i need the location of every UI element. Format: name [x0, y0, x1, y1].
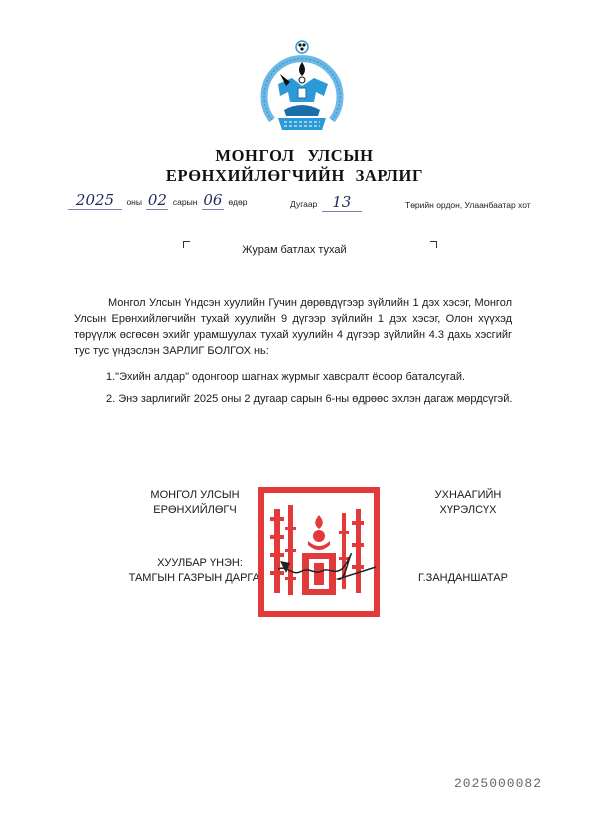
decree-number-label: Дугаар — [290, 199, 317, 209]
signatory-title-line1: МОНГОЛ УЛСЫН — [120, 488, 270, 503]
decree-item-2: 2. Энэ зарлигийг 2025 оны 2 дугаар сарын… — [106, 393, 512, 405]
signatory-title: МОНГОЛ УЛСЫН ЕРӨНХИЙЛӨГЧ — [120, 488, 270, 518]
decree-subject: Журам батлах тухай — [0, 244, 589, 256]
document-number: 2025000082 — [454, 776, 542, 791]
decree-body-paragraph: Монгол Улсын Үндсэн хуулийн Гучин дөрөвд… — [74, 295, 512, 359]
decree-number-value: 13 — [322, 193, 362, 212]
certification-line2: ТАМГЫН ГАЗРЫН ДАРГА — [100, 571, 260, 586]
issue-place: Төрийн ордон, Улаанбаатар хот — [405, 200, 531, 210]
signatory-name: УХНААГИЙН ХҮРЭЛСҮХ — [418, 488, 518, 518]
certification-block: ХУУЛБАР ҮНЭН: ТАМГЫН ГАЗРЫН ДАРГА — [100, 556, 260, 586]
date-month: 02 — [146, 191, 168, 210]
signatory-title-line2: ЕРӨНХИЙЛӨГЧ — [120, 503, 270, 518]
date-line: 2025 оны 02 сарын 06 өдөр — [68, 191, 247, 210]
signatory-name-line1: УХНААГИЙН — [418, 488, 518, 503]
date-year: 2025 — [68, 191, 122, 210]
date-day: 06 — [202, 191, 224, 210]
signatory-name-line2: ХҮРЭЛСҮХ — [418, 503, 518, 518]
decree-number-line: Дугаар 13 — [290, 193, 362, 212]
certification-line1: ХУУЛБАР ҮНЭН: — [100, 556, 260, 571]
state-emblem-icon — [258, 40, 346, 136]
date-month-suffix: сарын — [173, 197, 198, 207]
date-day-suffix: өдөр — [228, 197, 247, 207]
document-title-line1: МОНГОЛ УЛСЫН — [0, 146, 589, 166]
certifier-name: Г.ЗАНДАНШАТАР — [418, 571, 508, 586]
date-year-suffix: оны — [126, 197, 142, 207]
document-title-line2: ЕРӨНХИЙЛӨГЧИЙН ЗАРЛИГ — [0, 166, 589, 186]
decree-item-1: 1."Эхийн алдар" одонгоор шагнах журмыг х… — [106, 371, 465, 383]
state-seal-icon — [258, 487, 380, 617]
